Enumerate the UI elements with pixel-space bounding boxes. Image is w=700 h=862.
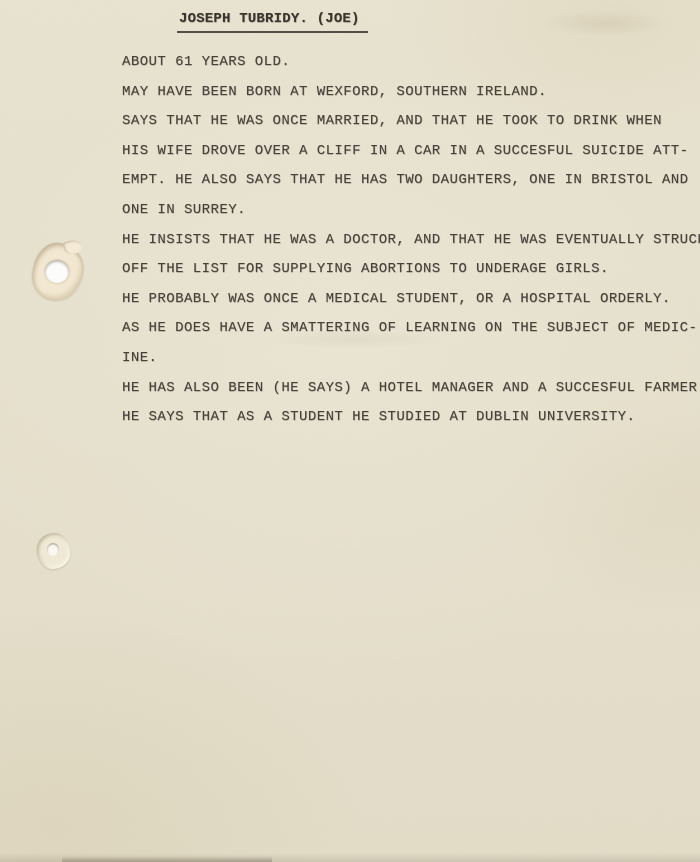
text-line-5: EMPT. HE ALSO SAYS THAT HE HAS TWO DAUGH… xyxy=(122,166,700,196)
punch-hole-top xyxy=(45,260,69,283)
text-line-2: MAY HAVE BEEN BORN AT WEXFORD, SOUTHERN … xyxy=(122,78,700,108)
punch-hole-bottom xyxy=(47,543,59,556)
text-line-3: SAYS THAT HE WAS ONCE MARRIED, AND THAT … xyxy=(122,107,700,137)
text-line-7: HE INSISTS THAT HE WAS A DOCTOR, AND THA… xyxy=(122,226,700,256)
text-line-8: OFF THE LIST FOR SUPPLYING ABORTIONS TO … xyxy=(122,255,700,285)
typed-text-block: ABOUT 61 YEARS OLD. MAY HAVE BEEN BORN A… xyxy=(122,48,700,433)
document-page: JOSEPH TUBRIDY. (JOE) ABOUT 61 YEARS OLD… xyxy=(0,0,700,862)
text-line-9: HE PROBABLY WAS ONCE A MEDICAL STUDENT, … xyxy=(122,285,700,315)
ink-smudge xyxy=(540,10,670,36)
text-line-11: INE. xyxy=(122,344,700,374)
text-line-13: HE SAYS THAT AS A STUDENT HE STUDIED AT … xyxy=(122,403,700,433)
page-bottom-edge-dark-patch xyxy=(62,856,272,862)
text-line-4: HIS WIFE DROVE OVER A CLIFF IN A CAR IN … xyxy=(122,137,700,167)
text-line-6: ONE IN SURREY. xyxy=(122,196,700,226)
text-line-12: HE HAS ALSO BEEN (HE SAYS) A HOTEL MANAG… xyxy=(122,374,700,404)
text-line-10: AS HE DOES HAVE A SMATTERING OF LEARNING… xyxy=(122,314,700,344)
page-title: JOSEPH TUBRIDY. (JOE) xyxy=(177,11,368,33)
text-line-1: ABOUT 61 YEARS OLD. xyxy=(122,48,700,78)
